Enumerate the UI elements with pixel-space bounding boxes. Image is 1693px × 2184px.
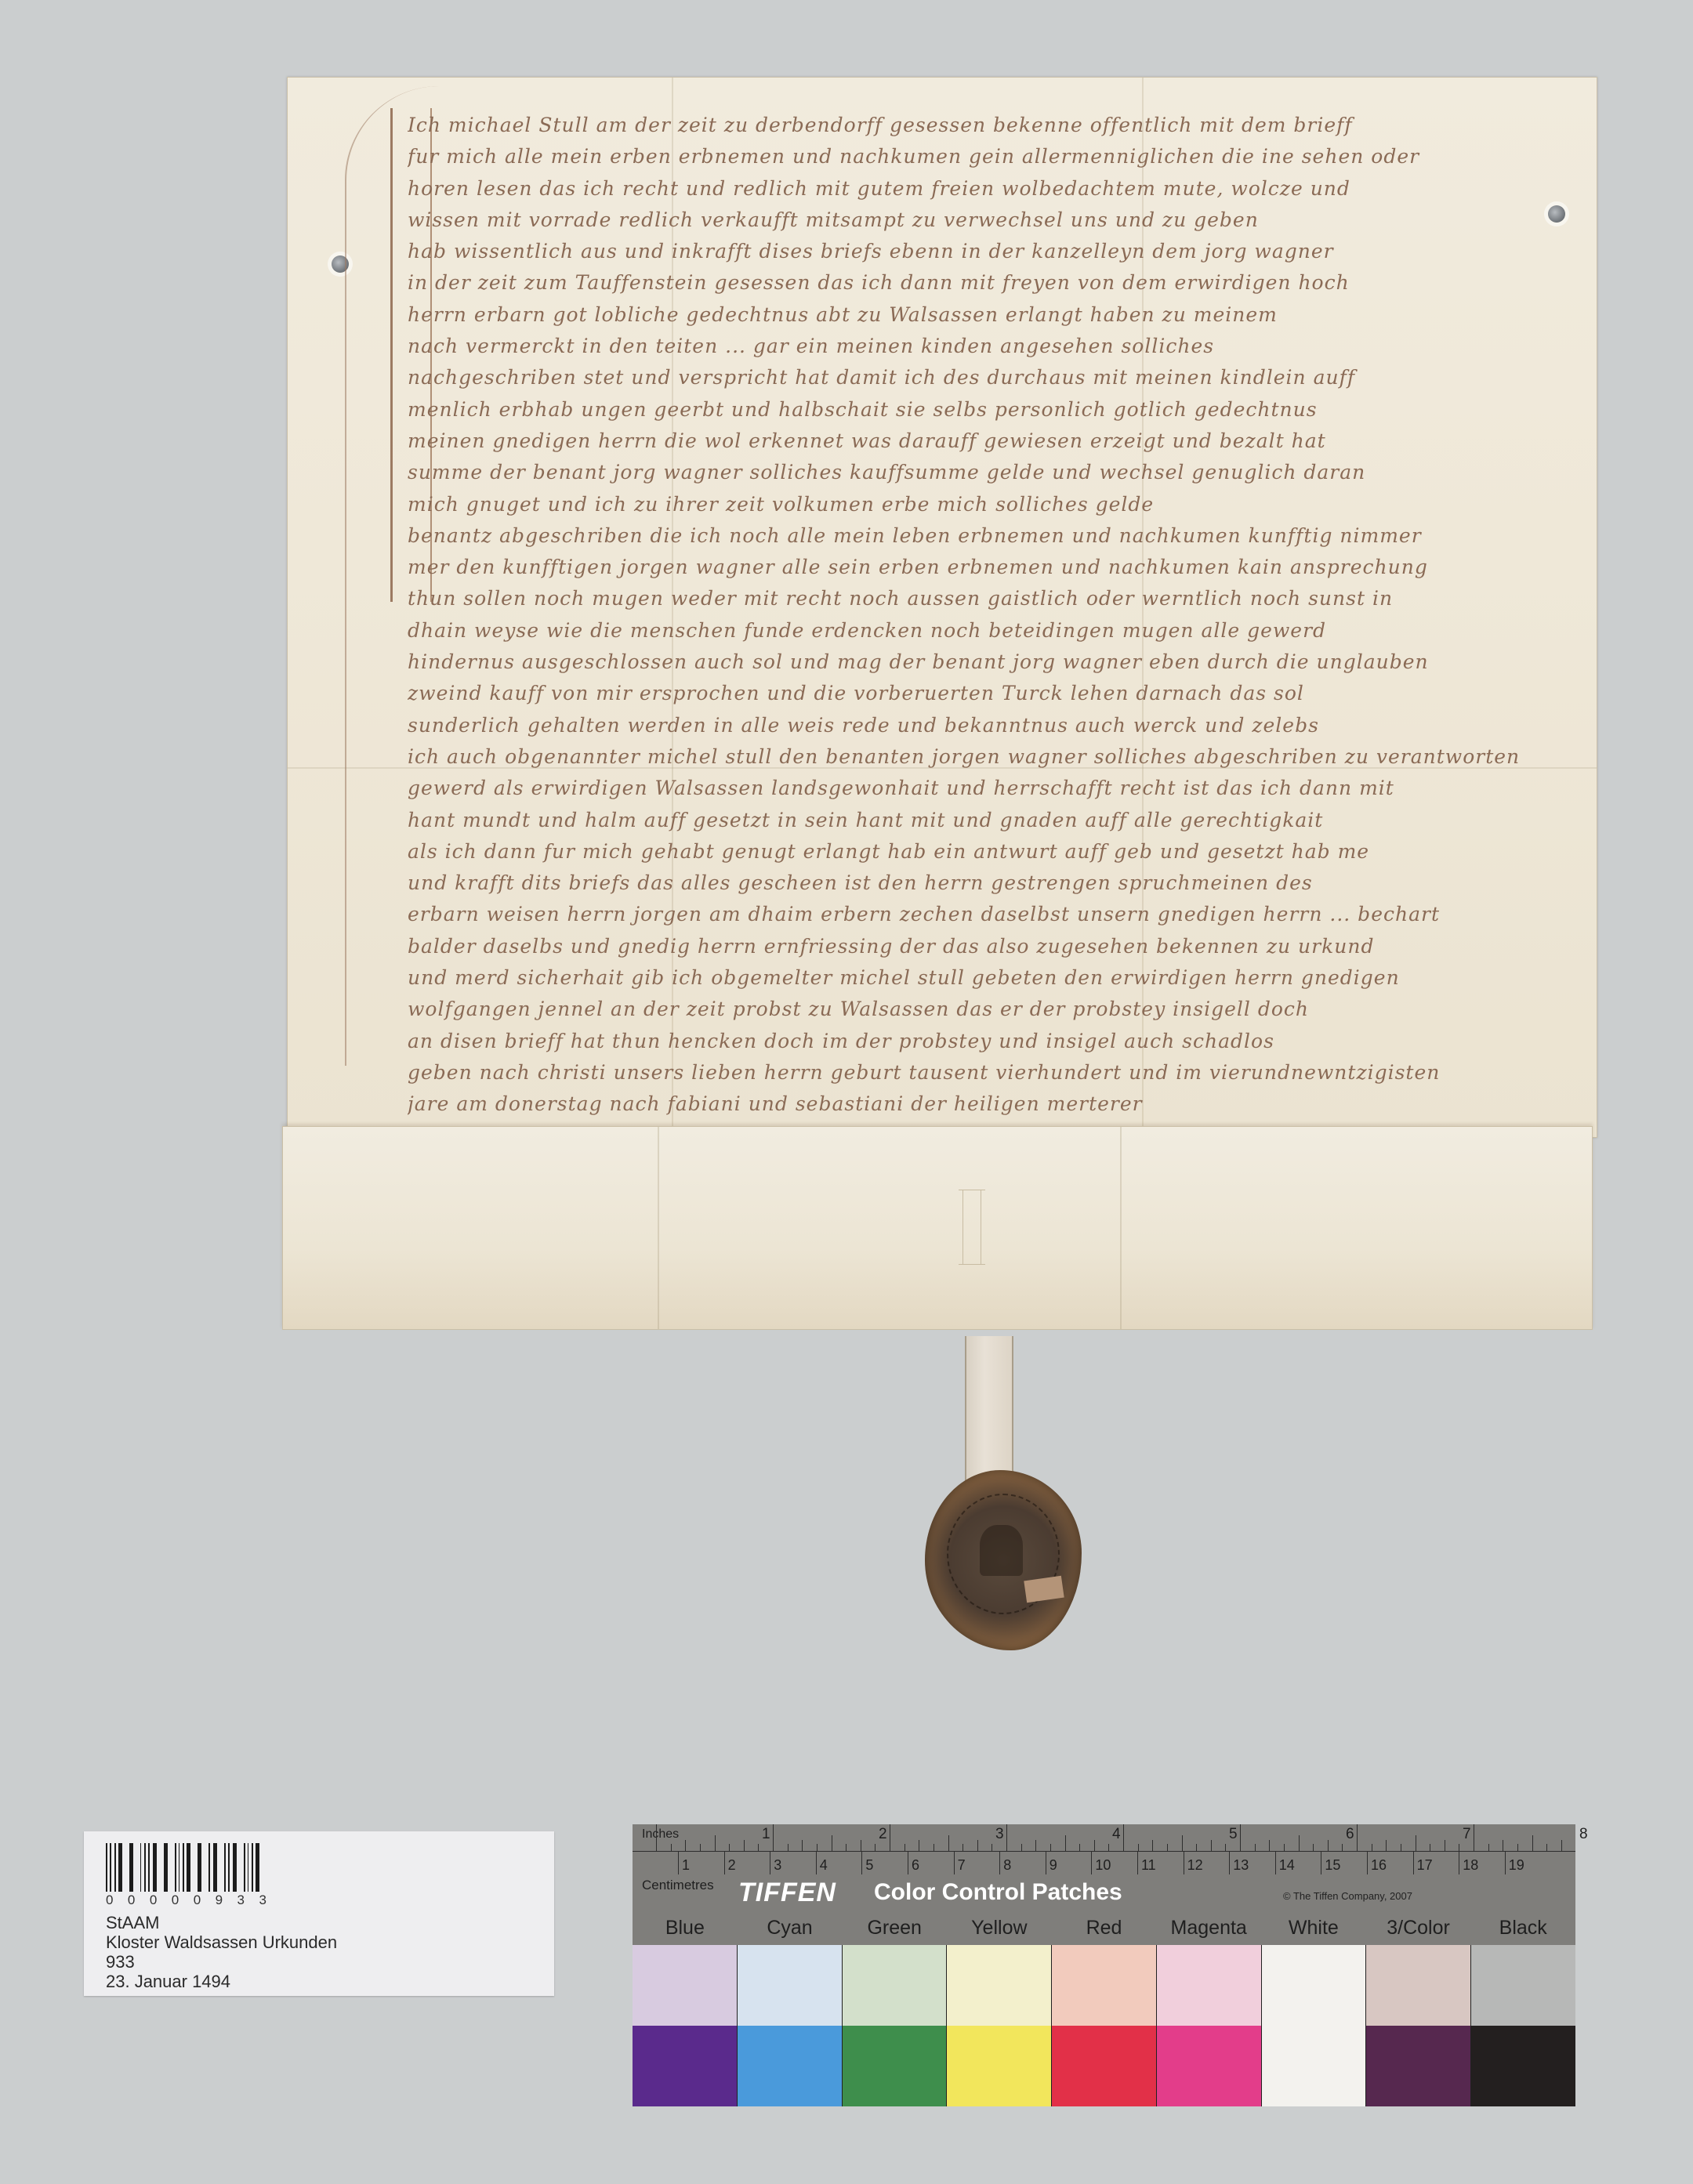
patch-name: Magenta: [1156, 1917, 1261, 1945]
patch-name: Red: [1052, 1917, 1157, 1945]
ruler-tick: [1182, 1835, 1183, 1851]
cm-number: 16: [1371, 1857, 1387, 1874]
barcode-bar: [224, 1843, 226, 1892]
script-line: und krafft dits briefs das alles geschee…: [408, 867, 1536, 899]
ruler-tick: [908, 1851, 908, 1874]
ruler-tick: [1255, 1844, 1256, 1851]
ruler-tick: [729, 1844, 730, 1851]
barcode-bar: [179, 1843, 180, 1892]
ruler-tick: [1211, 1840, 1212, 1851]
ruler-tick: [1138, 1844, 1139, 1851]
script-line: hant mundt und halm auff gesetzt in sein…: [408, 805, 1536, 836]
barcode-digit: 3: [237, 1892, 245, 1908]
barcode-bar: [248, 1843, 249, 1892]
ruler-tick: [1503, 1840, 1503, 1851]
barcode-bar: [205, 1843, 206, 1892]
seal-figure: [980, 1525, 1023, 1576]
cm-number: 5: [865, 1857, 873, 1874]
barcode-bar: [159, 1843, 161, 1892]
brand-logo: TIFFEN: [738, 1878, 836, 1908]
ruler-tick: [832, 1835, 832, 1851]
barcode-bar: [239, 1843, 241, 1892]
ruler-tick: [846, 1844, 846, 1851]
script-line: wissen mit vorrade redlich verkaufft mit…: [408, 205, 1536, 236]
cm-number: 10: [1095, 1857, 1111, 1874]
color-patch: [1366, 2026, 1470, 2106]
cm-number: 2: [728, 1857, 736, 1874]
script-line: mich gnuget und ich zu ihrer zeit volkum…: [408, 489, 1536, 520]
ruler-tick: [934, 1844, 934, 1851]
patch-name: Cyan: [738, 1917, 843, 1945]
ruler-tick: [1488, 1844, 1489, 1851]
ruler-tick: [817, 1844, 817, 1851]
patch-names: BlueCyanGreenYellowRedMagentaWhite3/Colo…: [633, 1917, 1575, 1945]
ruler-tick: [1284, 1844, 1285, 1851]
barcode-bar: [256, 1843, 259, 1892]
barcode-digit: 0: [106, 1892, 113, 1908]
barcode-bar: [106, 1843, 107, 1892]
script-line: mer den kunfftigen jorgen wagner alle se…: [408, 552, 1536, 583]
patch-name: White: [1261, 1917, 1366, 1945]
cm-number: 19: [1509, 1857, 1524, 1874]
patch-name: 3/Color: [1366, 1917, 1471, 1945]
ruler-tick: [1386, 1840, 1387, 1851]
color-patch: [738, 2026, 842, 2106]
script-line: wolfgangen jennel an der zeit probst zu …: [408, 994, 1536, 1025]
patch-column-black: [1471, 1945, 1575, 2106]
color-patch: [738, 1945, 842, 2026]
color-patch: [1157, 2026, 1261, 2106]
cm-number: 18: [1463, 1857, 1478, 1874]
barcode-digit: 9: [216, 1892, 223, 1908]
ruler-tick: [700, 1844, 701, 1851]
ruler-tick: [963, 1844, 963, 1851]
patch-column-red: [1052, 1945, 1157, 2106]
cm-number: 4: [820, 1857, 828, 1874]
ruler-tick: [770, 1851, 770, 1874]
cm-number: 7: [958, 1857, 966, 1874]
ruler-tick: [685, 1840, 686, 1851]
inch-number: 1: [762, 1826, 770, 1843]
handwritten-text-block: Ich michael Stull am der zeit zu derbend…: [408, 110, 1536, 1121]
ruler-tick: [1137, 1851, 1138, 1874]
chart-title: Color Control Patches: [874, 1879, 1122, 1906]
ruler-tick: [1050, 1844, 1051, 1851]
ruler-tick: [1413, 1851, 1414, 1874]
script-line: nachgeschriben stet und verspricht hat d…: [408, 362, 1536, 393]
ruler-tick: [744, 1840, 745, 1851]
barcode-bar: [125, 1843, 127, 1892]
script-line: sunderlich gehalten werden in alle weis …: [408, 710, 1536, 741]
label-number: 933: [106, 1952, 337, 1972]
ruler-tick: [678, 1851, 679, 1874]
ruler-tick: [1321, 1851, 1321, 1874]
ruler-tick: [1094, 1840, 1095, 1851]
ruler-tick: [1357, 1824, 1358, 1851]
barcode-bar: [175, 1843, 176, 1892]
barcode-bar: [114, 1843, 116, 1892]
ruler-tick: [1091, 1851, 1092, 1874]
ruler-tick: [1546, 1844, 1547, 1851]
script-line: an disen brieff hat thun hencken doch im…: [408, 1026, 1536, 1057]
charter-plica: [282, 1126, 1593, 1330]
barcode-bar: [183, 1843, 184, 1892]
color-patch: [947, 2026, 1051, 2106]
cm-number: 6: [912, 1857, 919, 1874]
barcode-bar: [144, 1843, 146, 1892]
seal-chip: [1024, 1576, 1064, 1603]
barcode-bar: [219, 1843, 221, 1892]
inch-number: 4: [1112, 1826, 1121, 1843]
ruler-tick: [715, 1835, 716, 1851]
fold-line: [658, 1127, 659, 1329]
ruler-tick: [1561, 1840, 1562, 1851]
script-line: balder daselbs und gnedig herrn ernfries…: [408, 931, 1536, 962]
ruler-tick: [656, 1824, 657, 1851]
inch-number: 7: [1463, 1826, 1471, 1843]
ruler-tick: [919, 1840, 919, 1851]
ruler-tick: [861, 1840, 861, 1851]
inches-label: Inches: [642, 1827, 679, 1842]
ruler-tick: [992, 1844, 992, 1851]
barcode-digit: 0: [194, 1892, 201, 1908]
script-line: benantz abgeschriben die ich noch alle m…: [408, 520, 1536, 552]
ruler-tick: [1459, 1851, 1459, 1874]
ruler-tick: [802, 1840, 803, 1851]
ruler-tick: [671, 1844, 672, 1851]
ruler-tick: [1474, 1824, 1474, 1851]
ruler-tick: [1367, 1851, 1368, 1874]
ruler-tick: [1275, 1851, 1276, 1874]
script-line: horen lesen das ich recht und redlich mi…: [408, 173, 1536, 205]
label-archive: StAAM: [106, 1913, 337, 1932]
script-line: nach vermerckt in den teiten ... gar ein…: [408, 331, 1536, 362]
ruler-tick: [948, 1835, 949, 1851]
script-line: als ich dann fur mich gehabt genugt erla…: [408, 836, 1536, 867]
cm-number: 17: [1417, 1857, 1433, 1874]
patch-name: Blue: [633, 1917, 738, 1945]
fold-line: [1120, 1127, 1122, 1329]
patch-name: Black: [1470, 1917, 1575, 1945]
patch-name: Yellow: [947, 1917, 1052, 1945]
ruler-tick: [1152, 1840, 1153, 1851]
color-patch: [1052, 1945, 1156, 2026]
inch-number: 2: [879, 1826, 887, 1843]
script-line: erbarn weisen herrn jorgen am dhaim erbe…: [408, 899, 1536, 930]
color-patches: [633, 1945, 1575, 2106]
mounting-rivet-icon: [1548, 205, 1565, 223]
inch-ruler: Inches 12345678: [633, 1824, 1575, 1852]
script-line: dhain weyse wie die menschen funde erden…: [408, 615, 1536, 647]
patch-column-magenta: [1157, 1945, 1262, 2106]
barcode-digit: 0: [150, 1892, 157, 1908]
barcode-bar: [170, 1843, 172, 1892]
barcode-bar: [110, 1843, 111, 1892]
ruler-tick: [1269, 1840, 1270, 1851]
script-line: meinen gnedigen herrn die wol erkennet w…: [408, 426, 1536, 457]
barcode-bar: [140, 1843, 142, 1892]
color-patch: [1471, 1945, 1575, 2026]
inch-number: 6: [1346, 1826, 1354, 1843]
script-line: hindernus ausgeschlossen auch sol und ma…: [408, 647, 1536, 678]
script-line: gewerd als erwirdigen Walsassen landsgew…: [408, 773, 1536, 804]
barcode-digit: 3: [259, 1892, 266, 1908]
cm-number: 8: [1003, 1857, 1011, 1874]
patch-column-3-color: [1366, 1945, 1471, 2106]
patch-column-yellow: [947, 1945, 1052, 2106]
barcode-bar: [118, 1843, 122, 1892]
inch-number: 3: [995, 1826, 1004, 1843]
barcode-digit: 0: [172, 1892, 179, 1908]
ruler-tick: [1225, 1844, 1226, 1851]
inch-number: 8: [1579, 1826, 1588, 1843]
script-line: thun sollen noch mugen weder mit recht n…: [408, 583, 1536, 614]
barcode-bar: [153, 1843, 157, 1892]
color-patch: [1157, 1945, 1261, 2026]
ruler-tick: [1372, 1844, 1372, 1851]
centimetre-ruler: 12345678910111213141516171819: [633, 1851, 1575, 1878]
barcode-bar: [233, 1843, 237, 1892]
ruler-tick: [861, 1851, 862, 1874]
ruler-tick: [773, 1824, 774, 1851]
script-line: und merd sicherhait gib ich obgemelter m…: [408, 962, 1536, 994]
seal-slot: [963, 1190, 981, 1265]
cm-number: 12: [1187, 1857, 1203, 1874]
color-patch: [1262, 1945, 1366, 2106]
cm-number: 15: [1325, 1857, 1340, 1874]
color-patch: [633, 1945, 737, 2026]
script-line: ich auch obgenannter michel stull den be…: [408, 741, 1536, 773]
barcode-bar: [208, 1843, 210, 1892]
barcode-bar: [252, 1843, 253, 1892]
ruler-tick: [1046, 1851, 1046, 1874]
script-line: Ich michael Stull am der zeit zu derbend…: [408, 110, 1536, 141]
barcode-digit: 0: [128, 1892, 135, 1908]
color-patch: [843, 1945, 947, 2026]
patch-column-green: [843, 1945, 948, 2106]
barcode-bar: [164, 1843, 168, 1892]
barcode-digits: 00000933: [106, 1892, 266, 1908]
inch-number: 5: [1229, 1826, 1238, 1843]
ruler-tick: [905, 1844, 905, 1851]
ruler-tick: [875, 1844, 876, 1851]
ruler-tick: [788, 1844, 788, 1851]
ruler-tick: [1416, 1835, 1416, 1851]
barcode-bar: [187, 1843, 190, 1892]
cm-number: 14: [1279, 1857, 1295, 1874]
barcode-icon: [106, 1843, 263, 1892]
script-line: in der zeit zum Tauffenstein gesessen da…: [408, 267, 1536, 299]
barcode-bar: [148, 1843, 150, 1892]
barcode-bar: [213, 1843, 217, 1892]
color-patch: [633, 2026, 737, 2106]
script-line: summe der benant jorg wagner solliches k…: [408, 457, 1536, 488]
copyright-notice: © The Tiffen Company, 2007: [1283, 1890, 1412, 1902]
ruler-tick: [1035, 1840, 1036, 1851]
ruler-tick: [1184, 1851, 1184, 1874]
label-collection: Kloster Waldsassen Urkunden: [106, 1932, 337, 1952]
seal-strap: [965, 1336, 1013, 1493]
cm-number: 11: [1141, 1857, 1156, 1874]
ruler-tick: [1342, 1844, 1343, 1851]
ruler-tick: [1459, 1844, 1459, 1851]
cm-number: 3: [774, 1857, 781, 1874]
ruler-tick: [1445, 1840, 1445, 1851]
patch-name: Green: [842, 1917, 947, 1945]
barcode-bar: [136, 1843, 138, 1892]
ruler-tick: [1021, 1844, 1022, 1851]
ruler-tick: [977, 1840, 978, 1851]
ruler-tick: [890, 1824, 890, 1851]
ruler-tick: [1196, 1844, 1197, 1851]
ruler-tick: [1313, 1844, 1314, 1851]
script-line: hab wissentlich aus und inkrafft dises b…: [408, 236, 1536, 267]
label-date: 23. Januar 1494: [106, 1972, 337, 1991]
ruler-tick: [1079, 1844, 1080, 1851]
ruler-tick: [1505, 1851, 1506, 1874]
ruler-tick: [1430, 1844, 1430, 1851]
ruler-tick: [1517, 1844, 1518, 1851]
ruler-tick: [1123, 1824, 1124, 1851]
ruler-tick: [1065, 1835, 1066, 1851]
centimetres-label: Centimetres: [642, 1878, 714, 1893]
script-line: geben nach christi unsers lieben herrn g…: [408, 1057, 1536, 1088]
ruler-tick: [1532, 1835, 1533, 1851]
cm-number: 1: [682, 1857, 690, 1874]
ruler-tick: [758, 1844, 759, 1851]
barcode-bar: [129, 1843, 133, 1892]
ruler-tick: [1401, 1844, 1401, 1851]
ruler-tick: [1229, 1851, 1230, 1874]
color-patch: [1471, 2026, 1575, 2106]
patch-column-white: [1262, 1945, 1367, 2106]
ruler-tick: [954, 1851, 955, 1874]
script-line: jare am donerstag nach fabiani und sebas…: [408, 1088, 1536, 1120]
color-control-chart: Inches 12345678 123456789101112131415161…: [633, 1824, 1575, 1950]
script-line: fur mich alle mein erben erbnemen und na…: [408, 141, 1536, 172]
patch-column-cyan: [738, 1945, 843, 2106]
color-patch: [947, 1945, 1051, 2026]
script-line: zweind kauff von mir ersprochen und die …: [408, 678, 1536, 709]
script-line: herrn erbarn got lobliche gedechtnus abt…: [408, 299, 1536, 331]
ruler-tick: [1328, 1840, 1329, 1851]
patch-column-blue: [633, 1945, 738, 2106]
barcode-bar: [228, 1843, 230, 1892]
ruler-tick: [1299, 1835, 1300, 1851]
barcode-bar: [194, 1843, 195, 1892]
script-line: menlich erbhab ungen geerbt und halbscha…: [408, 394, 1536, 426]
ruler-tick: [1167, 1844, 1168, 1851]
ruler-tick: [724, 1851, 725, 1874]
ruler-tick: [999, 1851, 1000, 1874]
ruler-tick: [1240, 1824, 1241, 1851]
barcode-bar: [198, 1843, 201, 1892]
ruler-tick: [816, 1851, 817, 1874]
cm-number: 9: [1050, 1857, 1057, 1874]
ruler-tick: [1108, 1844, 1109, 1851]
cm-number: 13: [1233, 1857, 1249, 1874]
color-patch: [1052, 2026, 1156, 2106]
wax-seal-icon: [925, 1470, 1082, 1650]
color-patch: [1366, 1945, 1470, 2026]
archive-label: 00000933 StAAM Kloster Waldsassen Urkund…: [84, 1831, 554, 1996]
ruler-tick: [1006, 1824, 1007, 1851]
color-patch: [843, 2026, 947, 2106]
barcode-bar: [244, 1843, 245, 1892]
